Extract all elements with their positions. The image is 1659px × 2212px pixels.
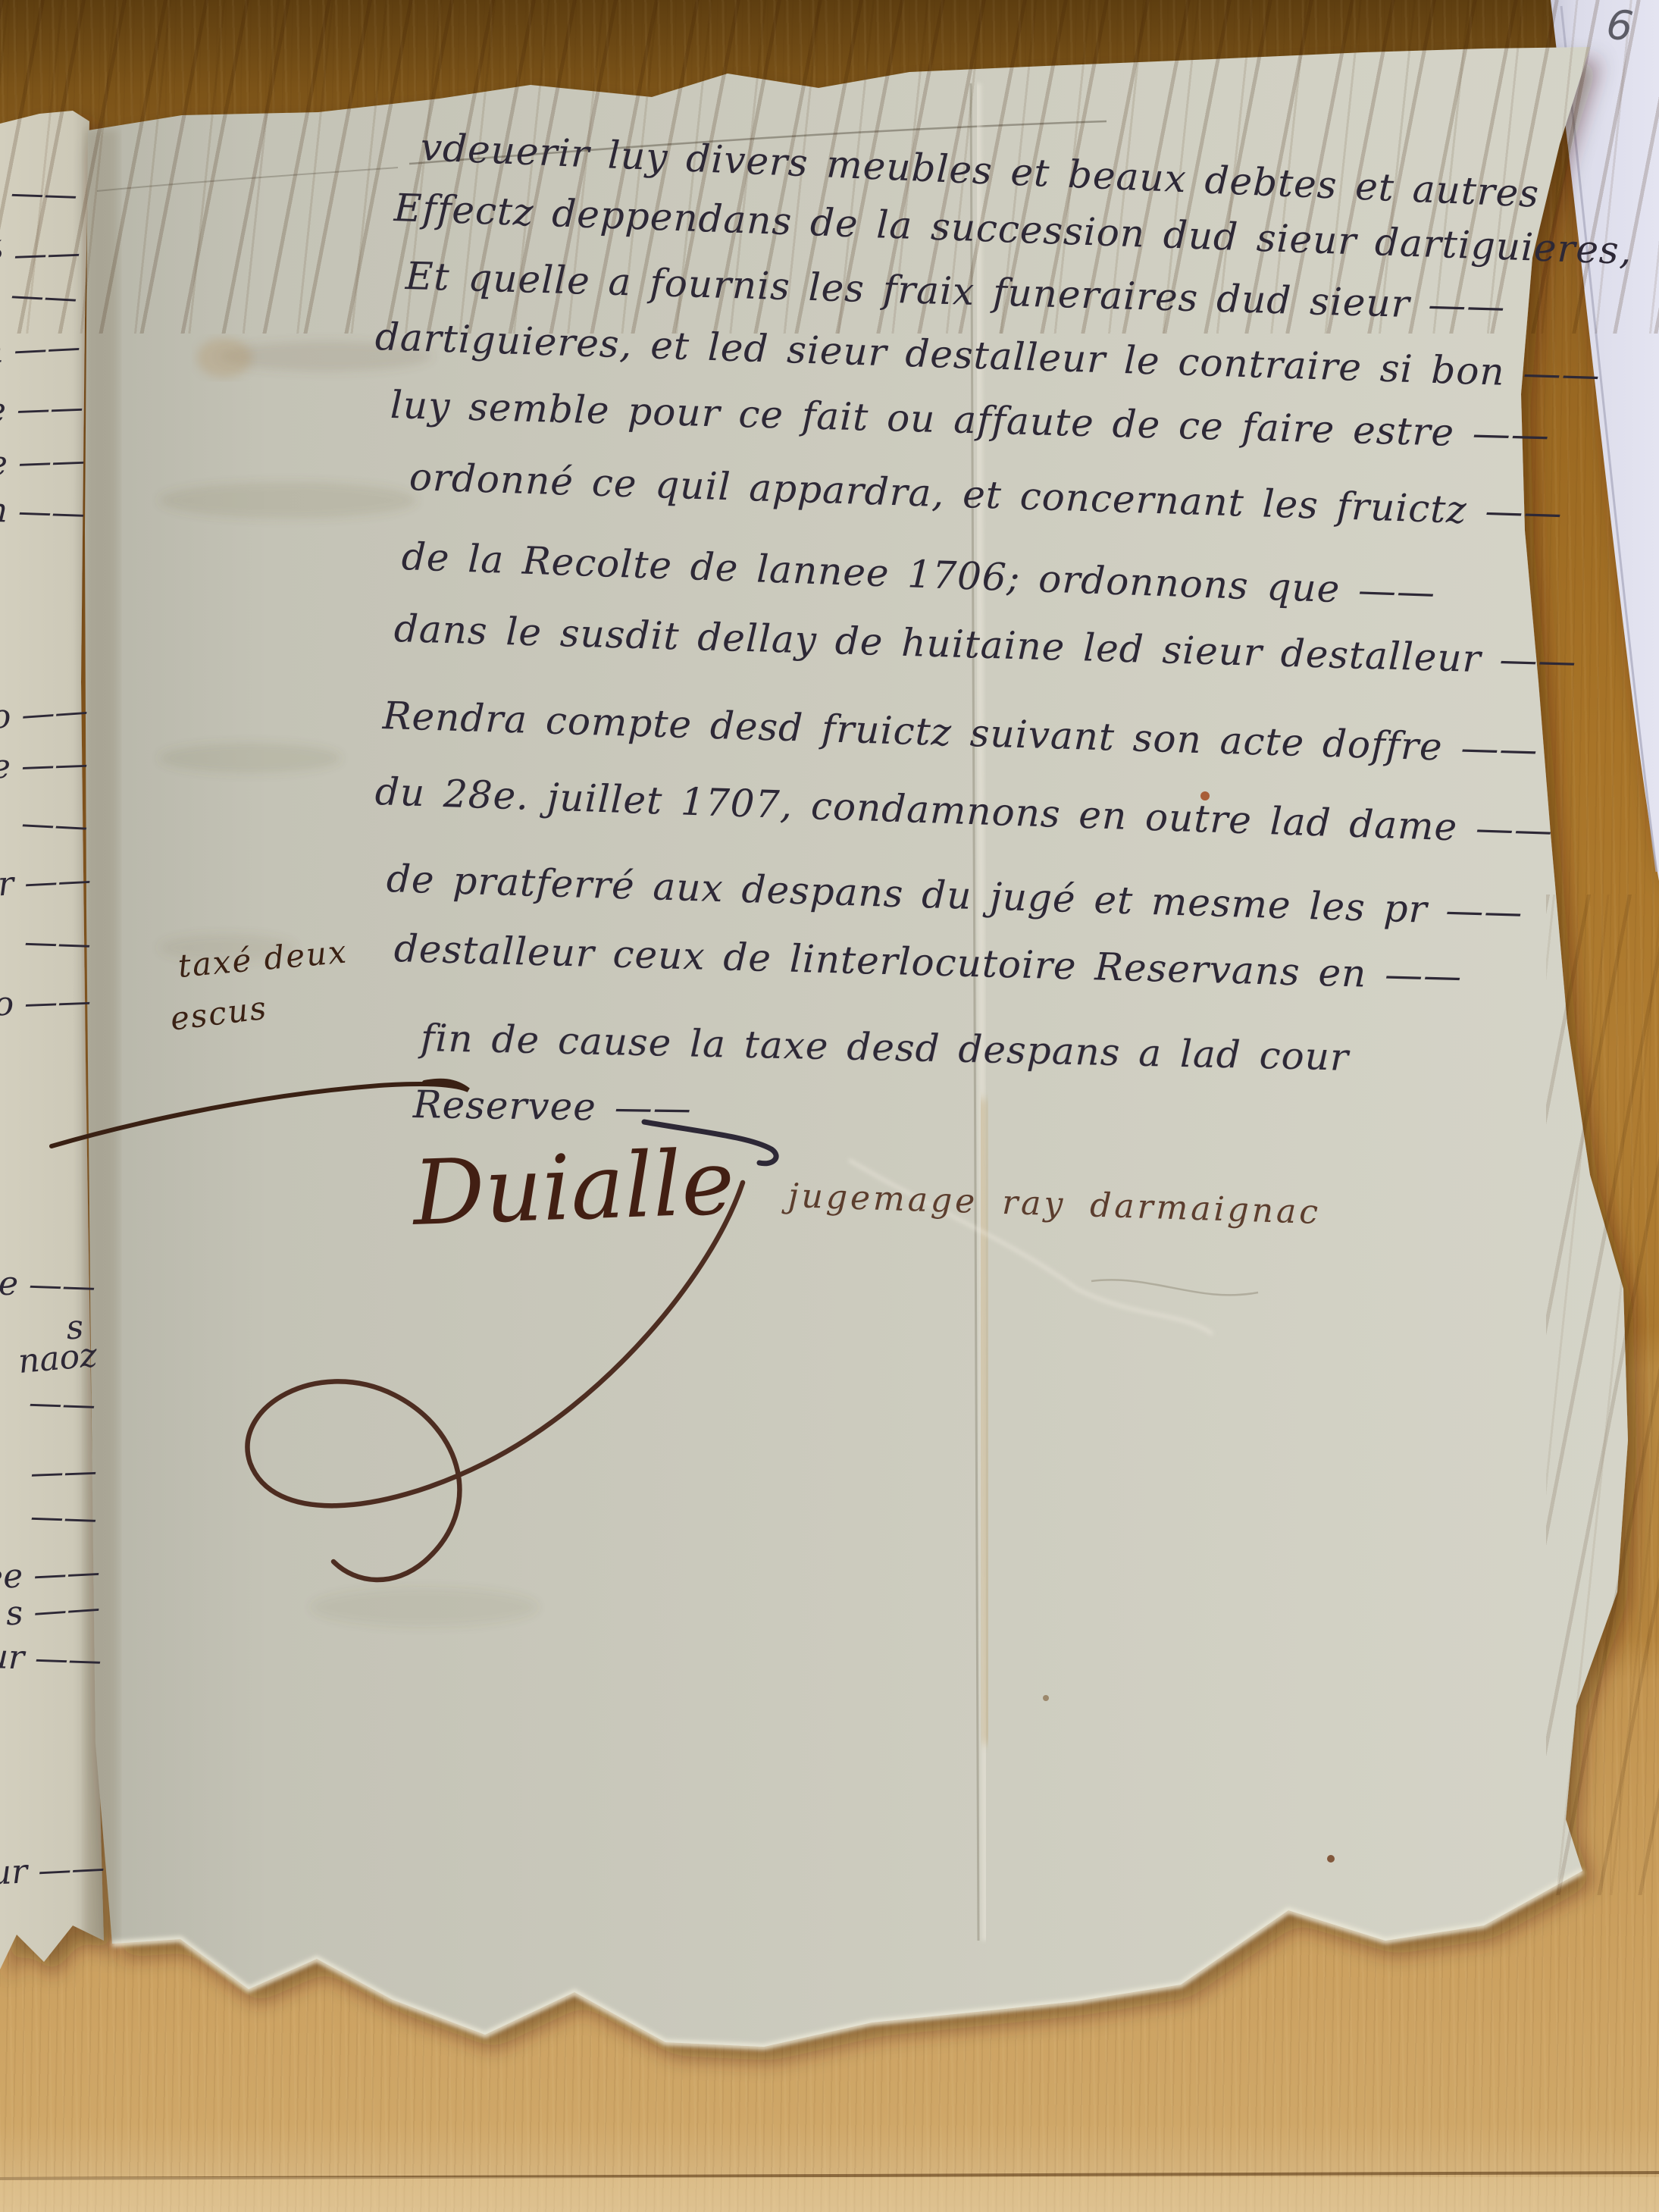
left-page-fragment: e —— — [0, 1260, 96, 1306]
judge-signature: Duialle — [412, 1129, 737, 1245]
left-page-fragment: —— — [0, 917, 92, 963]
left-page-fragment: ule —— — [0, 441, 86, 487]
left-page-fragment: ssé —— — [0, 233, 81, 279]
left-page-fragment: —— — [0, 1492, 98, 1538]
left-page-fragment: es —— — [0, 169, 78, 215]
left-page-fragment: ur —— — [0, 1634, 102, 1680]
white-note-sheet — [1551, 0, 1659, 881]
manuscript-line-14: Reservee —— — [413, 1083, 692, 1130]
table-lower-board — [0, 2177, 1659, 2212]
left-page-fragment: —— — [0, 1378, 96, 1424]
photograph-of-manuscript: 6 vdeuerir luy divers meubles et beaux d… — [0, 0, 1659, 2212]
left-page-fragment: dame —— — [0, 388, 84, 434]
left-page-fragment: m —— — [0, 487, 86, 533]
left-page-fragment: e —— — [0, 744, 89, 791]
